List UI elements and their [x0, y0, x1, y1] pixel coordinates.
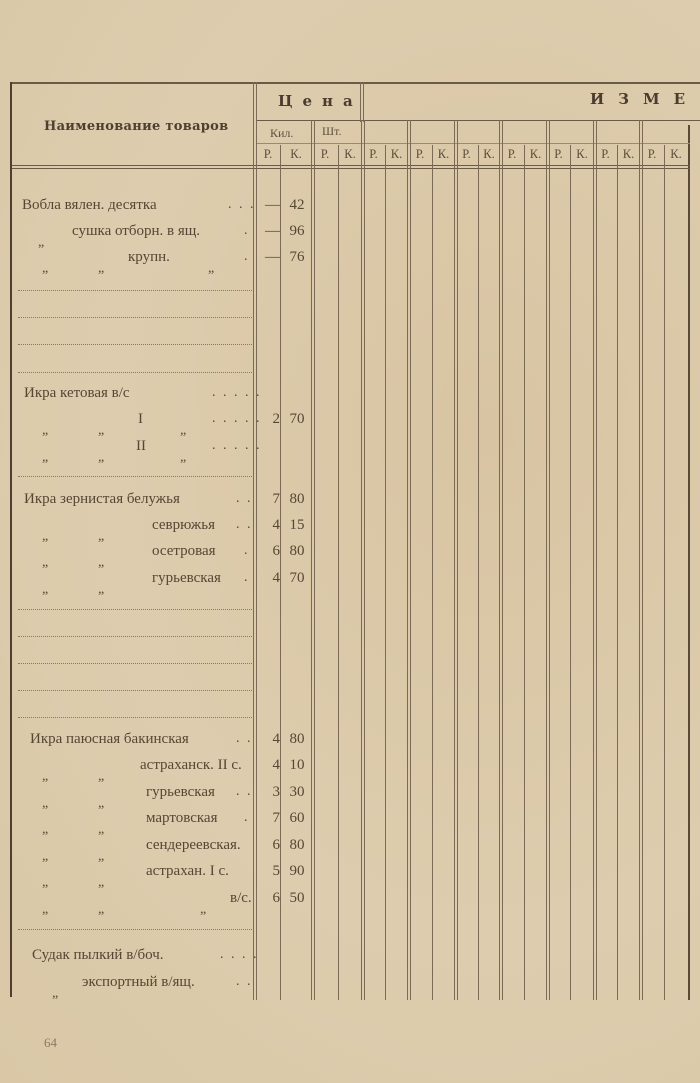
price-rubles: 3: [258, 784, 280, 801]
kop-header: К.: [432, 147, 455, 162]
kop-header: К.: [478, 147, 500, 162]
leader-dots: .: [244, 223, 250, 239]
column-subdivider: [524, 145, 525, 1000]
ditto-mark: „: [42, 582, 48, 598]
header-bottom-border: [12, 165, 690, 166]
separator-dotted-line: [18, 690, 252, 691]
ditto-mark: „: [98, 423, 104, 439]
header-bottom-border-2: [12, 168, 690, 169]
separator-dotted-line: [18, 717, 252, 718]
price-kopecks: 80: [282, 837, 312, 854]
leader-dots: .: [244, 570, 250, 586]
ditto-mark: „: [200, 902, 206, 918]
item-name: в/с.: [230, 890, 252, 907]
rub-header: Р.: [500, 147, 524, 162]
leader-dots: . .: [236, 974, 253, 990]
item-name: Судак пылкий в/боч.: [32, 947, 163, 964]
ditto-mark: „: [98, 555, 104, 571]
leader-dots: . . . . .: [212, 411, 262, 427]
column-divider: [253, 82, 257, 1000]
column-divider: [593, 120, 597, 1000]
leader-dots: . .: [236, 491, 253, 507]
separator-dotted-line: [18, 663, 252, 664]
price-rubles: —: [258, 223, 280, 240]
rub-header: Р.: [256, 147, 280, 162]
ditto-mark: „: [42, 902, 48, 918]
item-name: астраханск. II с.: [140, 757, 242, 774]
rub-header: Р.: [547, 147, 570, 162]
page-number: 64: [44, 1035, 57, 1051]
ditto-mark: „: [42, 822, 48, 838]
unit-kilo-header: Кил.: [270, 126, 293, 141]
price-rubles: 6: [258, 837, 280, 854]
change-group-header: ИЗМЕ: [590, 90, 699, 108]
rub-header: Р.: [362, 147, 385, 162]
leader-dots: . . . . .: [212, 438, 262, 454]
column-divider: [454, 120, 458, 1000]
table-top-border: [10, 82, 700, 84]
header-unit-divider: [256, 143, 690, 144]
column-subdivider: [617, 145, 618, 1000]
ditto-mark: „: [98, 261, 104, 277]
price-kopecks: 42: [282, 197, 312, 214]
kop-header: К.: [385, 147, 408, 162]
rub-header: Р.: [455, 147, 478, 162]
item-name: Икра паюсная бакинская: [30, 731, 189, 748]
kop-header: К.: [617, 147, 640, 162]
ditto-mark: „: [98, 822, 104, 838]
column-subdivider: [385, 145, 386, 1000]
separator-dotted-line: [18, 290, 252, 291]
price-rubles: —: [258, 197, 280, 214]
rub-header: Р.: [408, 147, 432, 162]
rub-header: Р.: [640, 147, 664, 162]
kop-header: К.: [280, 147, 312, 162]
price-kopecks: 90: [282, 863, 312, 880]
kop-header: К.: [570, 147, 594, 162]
separator-dotted-line: [18, 476, 252, 477]
leader-dots: . .: [236, 784, 253, 800]
column-subdivider: [432, 145, 433, 1000]
ditto-mark: „: [98, 450, 104, 466]
ditto-mark: „: [42, 555, 48, 571]
group-divider: [360, 82, 364, 122]
leader-dots: . .: [236, 517, 253, 533]
leader-dots: . . . . .: [212, 385, 262, 401]
ditto-mark: „: [38, 235, 44, 251]
column-divider: [546, 120, 550, 1000]
ditto-mark: „: [98, 875, 104, 891]
leader-dots: . . . .: [220, 947, 259, 963]
price-rubles: 4: [258, 731, 280, 748]
price-rubles: 7: [258, 810, 280, 827]
separator-dotted-line: [18, 344, 252, 345]
column-subdivider: [664, 145, 665, 1000]
price-kopecks: 30: [282, 784, 312, 801]
kop-header: К.: [664, 147, 688, 162]
kop-header: К.: [338, 147, 362, 162]
price-kopecks: 70: [282, 570, 312, 587]
price-group-header: Цена: [278, 92, 363, 110]
column-divider: [499, 120, 503, 1000]
column-divider: [407, 120, 411, 1000]
column-divider: [361, 120, 365, 1000]
kop-header: К.: [524, 147, 547, 162]
price-kopecks: 15: [282, 517, 312, 534]
item-name: сушка отборн. в ящ.: [72, 223, 200, 240]
item-name: Икра кетовая в/с: [24, 385, 130, 402]
ditto-mark: „: [42, 875, 48, 891]
price-kopecks: 70: [282, 411, 312, 428]
ditto-mark: „: [98, 529, 104, 545]
price-kopecks: 80: [282, 491, 312, 508]
unit-piece-header: Шт.: [322, 124, 341, 139]
goods-column-header: Наименование товаров: [44, 119, 228, 134]
ditto-mark: „: [42, 423, 48, 439]
item-name: гурьевская: [146, 784, 215, 801]
rub-header: Р.: [312, 147, 338, 162]
item-name: севрюжья: [152, 517, 215, 534]
price-kopecks: 80: [282, 731, 312, 748]
ditto-mark: „: [42, 529, 48, 545]
price-rubles: 4: [258, 757, 280, 774]
ditto-mark: „: [180, 423, 186, 439]
item-name: мартовская: [146, 810, 217, 827]
price-kopecks: 96: [282, 223, 312, 240]
price-kopecks: 76: [282, 249, 312, 266]
ditto-mark: „: [180, 450, 186, 466]
header-group-divider: [256, 120, 700, 121]
rub-header: Р.: [594, 147, 617, 162]
item-name: II: [136, 438, 146, 455]
leader-dots: . .: [236, 731, 253, 747]
ditto-mark: „: [42, 796, 48, 812]
ditto-mark: „: [98, 849, 104, 865]
ditto-mark: „: [42, 261, 48, 277]
price-rubles: 7: [258, 491, 280, 508]
price-rubles: 6: [258, 890, 280, 907]
item-name: астрахан. I с.: [146, 863, 229, 880]
leader-dots: .: [244, 810, 250, 826]
price-rubles: 5: [258, 863, 280, 880]
price-rubles: —: [258, 249, 280, 266]
item-name: крупн.: [128, 249, 170, 266]
item-name: осетровая: [152, 543, 216, 560]
separator-dotted-line: [18, 609, 252, 610]
leader-dots: .: [244, 249, 250, 265]
ditto-mark: „: [42, 450, 48, 466]
item-name: гурьевская: [152, 570, 221, 587]
item-name: Вобла вялен. десятка: [22, 197, 157, 214]
separator-dotted-line: [18, 317, 252, 318]
ditto-mark: „: [98, 902, 104, 918]
separator-dotted-line: [18, 636, 252, 637]
separator-dotted-line: [18, 929, 252, 930]
price-kopecks: 50: [282, 890, 312, 907]
leader-dots: .: [244, 543, 250, 559]
item-name: сендереевская.: [146, 837, 241, 854]
price-rubles: 6: [258, 543, 280, 560]
column-divider: [639, 120, 643, 1000]
ditto-mark: „: [208, 261, 214, 277]
table-left-border: [10, 82, 12, 997]
ditto-mark: „: [52, 986, 58, 1002]
price-rubles: 4: [258, 570, 280, 587]
ditto-mark: „: [42, 849, 48, 865]
column-subdivider: [478, 145, 479, 1000]
item-name: экспортный в/ящ.: [82, 974, 195, 991]
price-rubles: 4: [258, 517, 280, 534]
separator-dotted-line: [18, 372, 252, 373]
price-kopecks: 60: [282, 810, 312, 827]
price-kopecks: 10: [282, 757, 312, 774]
item-name: Икра зернистая белужья: [24, 491, 180, 508]
price-kopecks: 80: [282, 543, 312, 560]
column-subdivider: [338, 145, 339, 1000]
column-subdivider: [280, 145, 281, 1000]
ditto-mark: „: [98, 769, 104, 785]
price-rubles: 2: [258, 411, 280, 428]
column-subdivider: [570, 145, 571, 1000]
ditto-mark: „: [42, 769, 48, 785]
ditto-mark: „: [98, 582, 104, 598]
item-name: I: [138, 411, 143, 428]
table-right-border: [688, 125, 690, 1000]
leader-dots: . . .: [228, 197, 256, 213]
ditto-mark: „: [98, 796, 104, 812]
